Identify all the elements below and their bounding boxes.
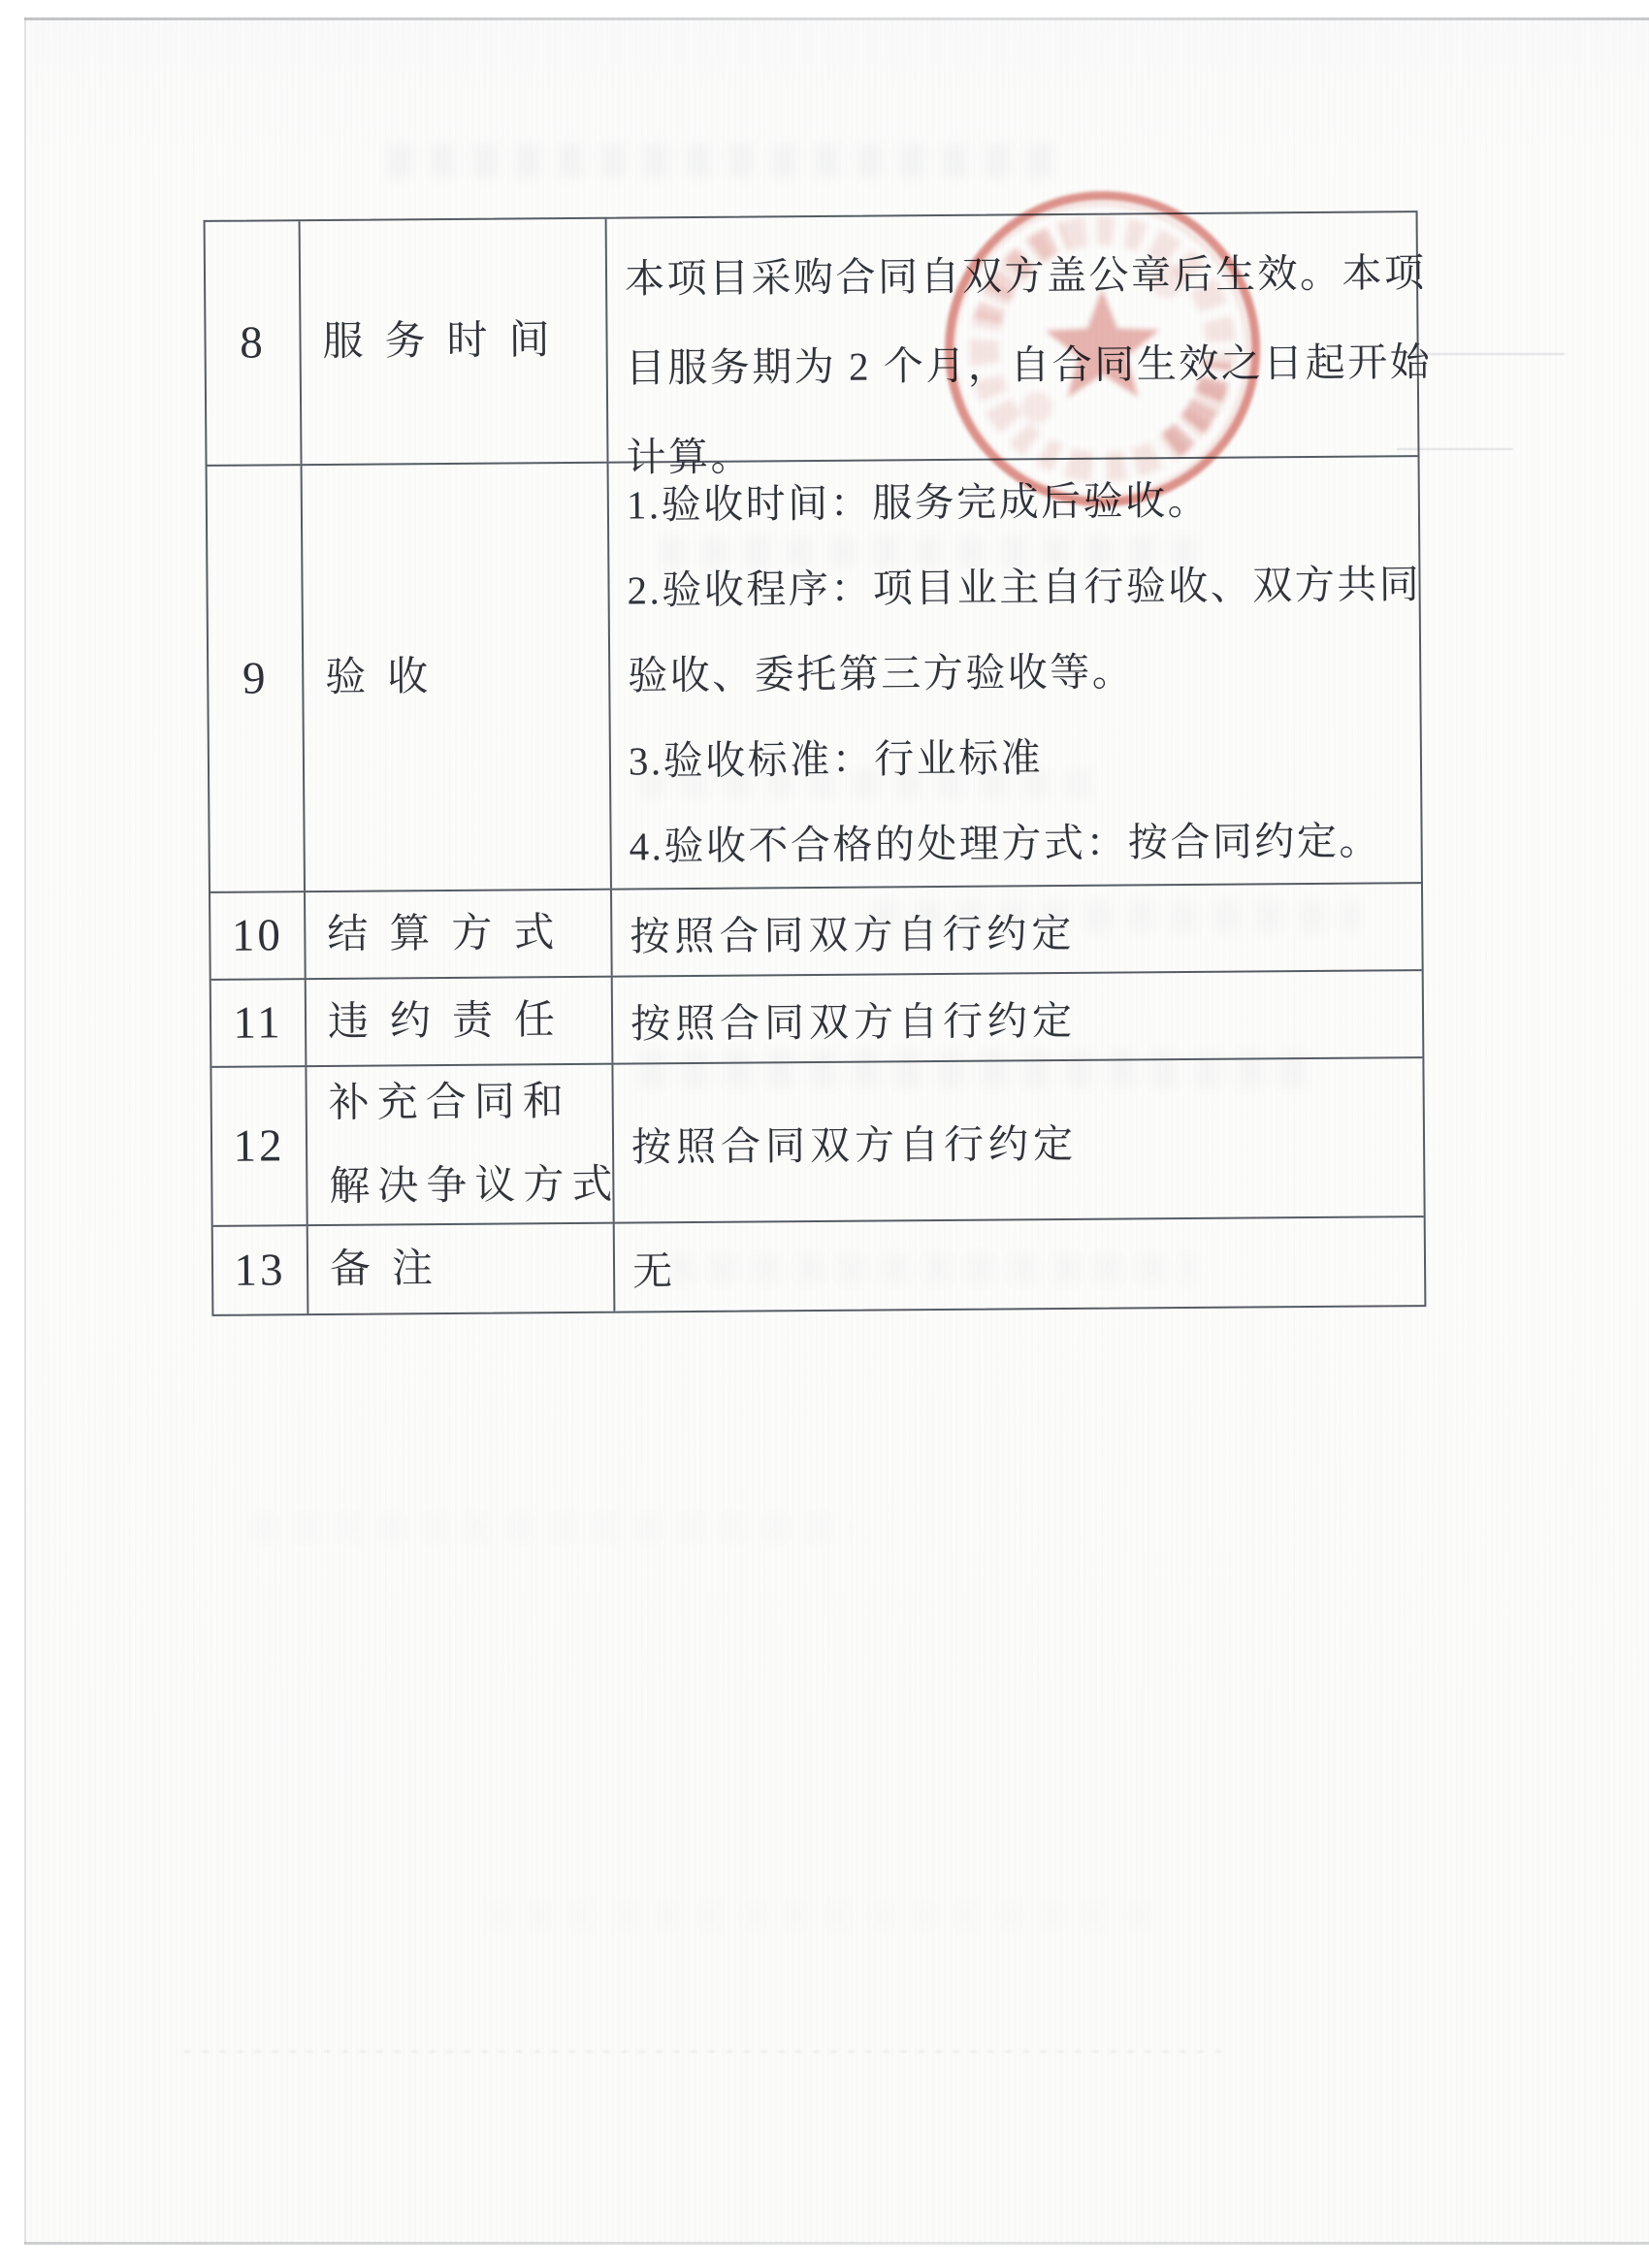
row-content-text: 按照合同双方自行约定 [630,986,1414,1049]
table-row: 13 备注 无 [213,1217,1425,1314]
row-content-text: 按照合同双方自行约定 [630,898,1413,961]
row-label-text: 解决争议方式 [329,1144,621,1229]
table-row: 11 违约责任 按照合同双方自行约定 [211,971,1423,1068]
row-content-text: 2.验收程序：项目业主自行验收、双方共同 [627,541,1421,632]
contract-terms-table: 8 服务时间 本项目采购合同自双方盖公章后生效。本项目服务期为 2 个月，自合同… [204,211,1427,1316]
row-label-text: 服务时间 [322,299,571,384]
table-row: 9 验收 1.验收时间：服务完成后验收。2.验收程序：项目业主自行验收、双方共同… [208,457,1421,893]
row-label-cell: 补充合同和解决争议方式 [307,1065,614,1224]
row-label-cell: 结算方式 [306,891,613,978]
row-number-cell: 10 [210,892,307,979]
row-label-text: 验收 [325,635,450,720]
row-label-text: 备注 [330,1227,455,1312]
row-content-cell: 无 [615,1217,1425,1312]
row-number-cell: 13 [213,1226,309,1314]
row-content-text: 按照合同双方自行约定 [631,1109,1415,1172]
row-content-text: 无 [632,1233,1416,1296]
table-row: 10 结算方式 按照合同双方自行约定 [210,884,1422,981]
row-label-cell: 验收 [303,464,612,891]
row-content-text: 4.验收不合格的处理方式：按合同约定。 [629,797,1423,889]
row-content-text: 1.验收时间：服务完成后验收。 [627,456,1421,547]
row-content-text: 验收、委托第三方验收等。 [628,627,1422,718]
row-label-cell: 违约责任 [307,978,614,1065]
row-number-cell: 12 [211,1067,307,1225]
row-content-text: 3.验收标准：行业标准 [629,712,1423,803]
row-number-cell: 11 [211,980,307,1066]
skewed-scan-layer: 8 服务时间 本项目采购合同自双方盖公章后生效。本项目服务期为 2 个月，自合同… [0,0,1649,2268]
row-content-cell: 按照合同双方自行约定 [612,884,1422,976]
row-label-text: 违约责任 [328,979,577,1064]
row-content-cell: 1.验收时间：服务完成后验收。2.验收程序：项目业主自行验收、双方共同验收、委托… [609,457,1432,889]
row-label-cell: 服务时间 [301,219,609,464]
row-label-text: 结算方式 [327,891,576,977]
row-content-cell: 按照合同双方自行约定 [613,971,1423,1063]
row-label-cell: 备注 [308,1224,616,1313]
row-label-text: 补充合同和 [328,1060,571,1146]
row-number-cell: 8 [206,221,303,465]
row-content-cell: 按照合同双方自行约定 [613,1058,1423,1222]
row-number-cell: 9 [208,466,306,891]
row-content-cell: 本项目采购合同自双方盖公章后生效。本项目服务期为 2 个月，自合同生效之日起开始… [607,212,1440,462]
row-content-text: 目服务期为 2 个月，自合同生效之日起开始 [625,317,1432,413]
table-row: 12 补充合同和解决争议方式 按照合同双方自行约定 [211,1058,1423,1227]
scanned-document-page: 8 服务时间 本项目采购合同自双方盖公章后生效。本项目服务期为 2 个月，自合同… [0,0,1649,2268]
row-content-text: 本项目采购合同自双方盖公章后生效。本项 [625,228,1432,324]
table-row: 8 服务时间 本项目采购合同自双方盖公章后生效。本项目服务期为 2 个月，自合同… [206,212,1418,467]
